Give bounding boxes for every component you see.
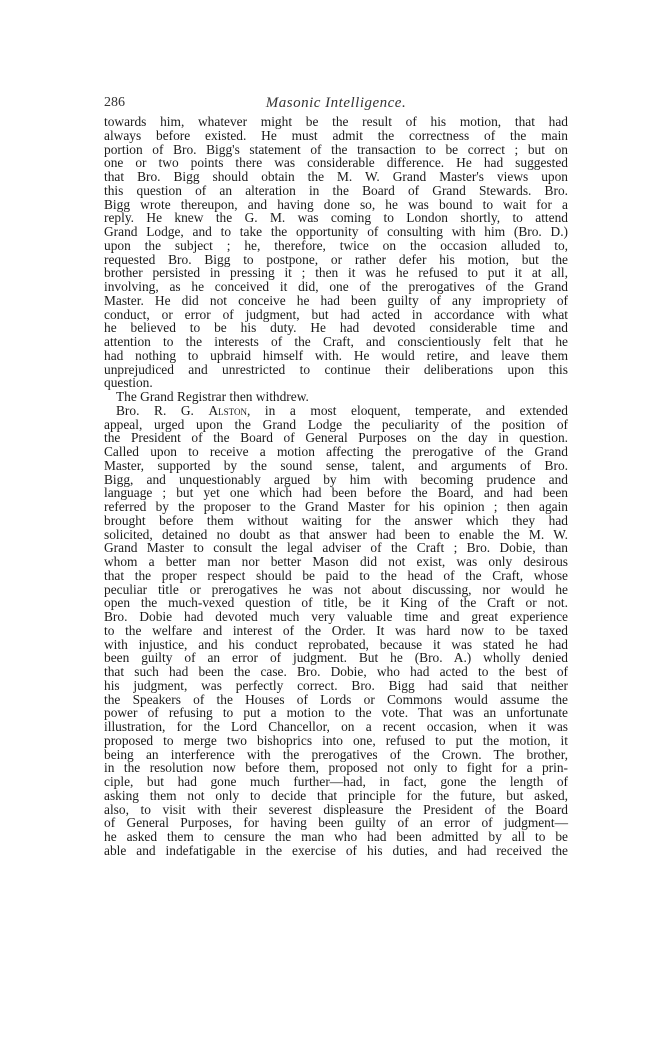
text-line: the President of the Board of General Pu… bbox=[104, 431, 568, 445]
line-remainder: , in a most eloquent, temperate, and ext… bbox=[247, 403, 568, 418]
text-line: question. bbox=[104, 376, 568, 390]
text-line: of General Purposes, for having been gui… bbox=[104, 816, 568, 830]
text-line: always before existed. He must admit the… bbox=[104, 129, 568, 143]
text-line: that the proper respect should be paid t… bbox=[104, 569, 568, 583]
text-line: proposed to merge two bishoprics into on… bbox=[104, 734, 568, 748]
text-line: brought before them without waiting for … bbox=[104, 514, 568, 528]
text-line: he asked them to censure the man who had… bbox=[104, 830, 568, 844]
text-line: able and indefatigable in the exercise o… bbox=[104, 844, 568, 858]
speaker-name: Alston bbox=[208, 403, 247, 418]
text-line: illustration, for the Lord Chancellor, o… bbox=[104, 720, 568, 734]
text-line: open the much-vexed question of title, b… bbox=[104, 596, 568, 610]
text-line: Master. He did not conceive he had been … bbox=[104, 294, 568, 308]
text-line: Bigg, and unquestionably argued by him w… bbox=[104, 473, 568, 487]
text-line: being an interference with the prerogati… bbox=[104, 748, 568, 762]
text-line: conduct, or error of judgment, but had a… bbox=[104, 308, 568, 322]
text-line: this question of an alteration in the Bo… bbox=[104, 184, 568, 198]
text-line: Master, supported by the sound sense, ta… bbox=[104, 459, 568, 473]
text-line: upon the subject ; he, therefore, twice … bbox=[104, 239, 568, 253]
text-line: brother persisted in pressing it ; then … bbox=[104, 266, 568, 280]
text-line: Bro. R. G. Alston, in a most eloquent, t… bbox=[104, 404, 568, 418]
text-line: whom a better man nor better Mason did n… bbox=[104, 555, 568, 569]
running-head: 286 Masonic Intelligence. bbox=[104, 95, 568, 113]
text-line: Grand Master to consult the legal advise… bbox=[104, 541, 568, 555]
paragraph-grand-registrar-speech: towards him, whatever might be the resul… bbox=[104, 115, 568, 390]
text-line: one or two points there was considerable… bbox=[104, 156, 568, 170]
text-line: requested Bro. Bigg to postpone, or rath… bbox=[104, 253, 568, 267]
text-line: Bigg wrote thereupon, and having done so… bbox=[104, 198, 568, 212]
text-line: power of refusing to put a motion to the… bbox=[104, 706, 568, 720]
text-line: towards him, whatever might be the resul… bbox=[104, 115, 568, 129]
paragraph-alston-appeal: Bro. R. G. Alston, in a most eloquent, t… bbox=[104, 404, 568, 858]
text-line: in the resolution now before them, propo… bbox=[104, 761, 568, 775]
body-text: towards him, whatever might be the resul… bbox=[104, 115, 568, 858]
text-line: with injustice, and his conduct reprobat… bbox=[104, 638, 568, 652]
text-line: to the welfare and interest of the Order… bbox=[104, 624, 568, 638]
speaker-prefix: Bro. R. G. bbox=[116, 403, 208, 418]
text-line: attention to the interests of the Craft,… bbox=[104, 335, 568, 349]
text-line: referred by the proposer to the Grand Ma… bbox=[104, 500, 568, 514]
text-line: Grand Lodge, and to take the opportunity… bbox=[104, 225, 568, 239]
text-line: Bro. Dobie had devoted much very valuabl… bbox=[104, 610, 568, 624]
text-line: he believed to be his duty. He had devot… bbox=[104, 321, 568, 335]
text-line: also, to visit with their severest displ… bbox=[104, 803, 568, 817]
text-line: The Grand Registrar then withdrew. bbox=[104, 390, 568, 404]
text-line: that such had been the case. Bro. Dobie,… bbox=[104, 665, 568, 679]
text-line: language ; but yet one which had been be… bbox=[104, 486, 568, 500]
text-line: asking them not only to decide that prin… bbox=[104, 789, 568, 803]
text-line: reply. He knew the G. M. was coming to L… bbox=[104, 211, 568, 225]
running-title: Masonic Intelligence. bbox=[104, 95, 568, 112]
paragraph-registrar-withdrew: The Grand Registrar then withdrew. bbox=[104, 390, 568, 404]
text-line: portion of Bro. Bigg's statement of the … bbox=[104, 143, 568, 157]
text-line: that Bro. Bigg should obtain the M. W. G… bbox=[104, 170, 568, 184]
text-line: solicited, detained no doubt as that ans… bbox=[104, 528, 568, 542]
document-page: 286 Masonic Intelligence. towards him, w… bbox=[0, 0, 672, 1048]
text-line: been guilty of an error of judgment. But… bbox=[104, 651, 568, 665]
text-line: the Speakers of the Houses of Lords or C… bbox=[104, 693, 568, 707]
text-line: ciple, but had gone much further—had, in… bbox=[104, 775, 568, 789]
text-line: appeal, urged upon the Grand Lodge the p… bbox=[104, 418, 568, 432]
text-line: his judgment, was perfectly correct. Bro… bbox=[104, 679, 568, 693]
text-line: peculiar title or prerogatives he was no… bbox=[104, 583, 568, 597]
text-line: had nothing to upbraid himself with. He … bbox=[104, 349, 568, 363]
text-line: unprejudiced and unrestricted to continu… bbox=[104, 363, 568, 377]
text-line: involving, as he conceived it did, one o… bbox=[104, 280, 568, 294]
text-line: Called upon to receive a motion affectin… bbox=[104, 445, 568, 459]
